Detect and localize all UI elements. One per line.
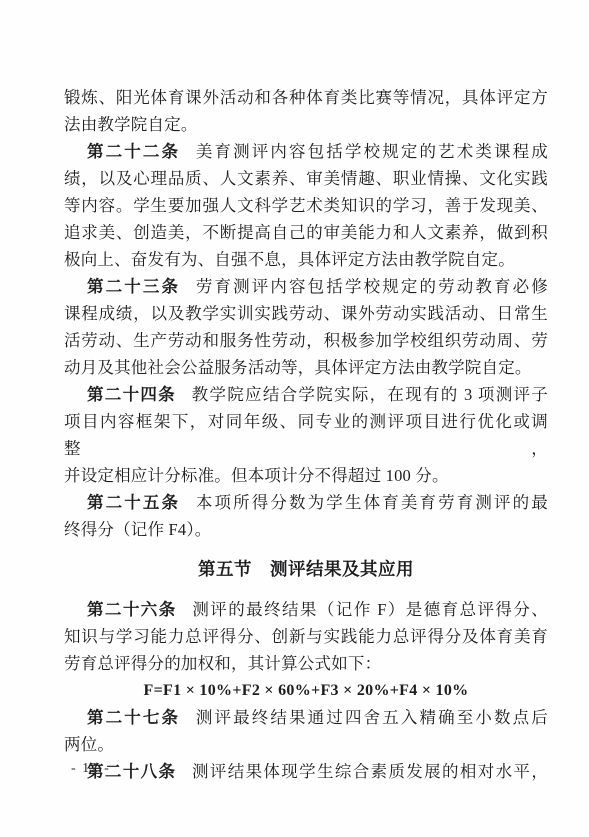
article-number: 第二十五条 [87,493,180,512]
text-line: 第二十四条教学院应结合学院实际，在现有的 3 项测评子 [64,381,548,408]
text-line: 两位。 [64,731,548,758]
text-line: 第二十二条美育测评内容包括学校规定的艺术类课程成 [64,138,548,165]
line-text: 测评结果体现学生综合素质发展的相对水平， [192,762,548,781]
line-text: 测评最终结果通过四舍五入精确至小数点后 [196,708,548,727]
page-number: - 12 - [71,759,110,779]
text-line: 并设定相应计分标准。但本项计分不得超过 100 分。 [64,462,548,489]
article-number: 第二十三条 [87,277,180,296]
text-line: 第二十五条本项所得分数为学生体育美育劳育测评的最 [64,489,548,516]
line-text: 劳育测评内容包括学校规定的劳动教育必修 [196,277,548,296]
text-line: 课程成绩，以及教学实训实践劳动、课外劳动实践活动、日常生 [64,300,548,327]
text-line: 活劳动、生产劳动和服务性劳动，积极参加学校组织劳动周、劳 [64,327,548,354]
line-text: 测评的最终结果（记作 F）是德育总评得分、 [192,600,548,619]
line-text: 美育测评内容包括学校规定的艺术类课程成 [196,142,548,161]
text-line: 项目内容框架下，对同年级、同专业的测评项目进行优化或调整， [64,408,548,462]
article-number: 第二十七条 [87,708,180,727]
document-body: 锻炼、阳光体育课外活动和各种体育类比赛等情况，具体评定方法由教学院自定。第二十二… [64,84,548,785]
text-line: 第二十六条测评的最终结果（记作 F）是德育总评得分、 [64,596,548,623]
text-line: 第二十三条劳育测评内容包括学校规定的劳动教育必修 [64,273,548,300]
text-line: 锻炼、阳光体育课外活动和各种体育类比赛等情况，具体评定方 [64,84,548,111]
section-heading: 第五节 测评结果及其应用 [64,556,548,583]
document-page: 锻炼、阳光体育课外活动和各种体育类比赛等情况，具体评定方法由教学院自定。第二十二… [0,0,589,837]
article-number: 第二十六条 [87,600,177,619]
text-line: 等内容。学生要加强人文科学艺术类知识的学习，善于发现美、 [64,192,548,219]
text-line: 第二十八条测评结果体现学生综合素质发展的相对水平， [64,758,548,785]
text-line: 动月及其他社会公益服务活动等，具体评定方法由教学院自定。 [64,354,548,381]
text-line: 追求美、创造美，不断提高自己的审美能力和人文素养，做到积 [64,219,548,246]
text-line: 知识与学习能力总评得分、创新与实践能力总评得分及体育美育 [64,623,548,650]
line-text: 本项所得分数为学生体育美育劳育测评的最 [196,493,548,512]
formula-line: F=F1 × 10%+F2 × 60%+F3 × 20%+F4 × 10% [64,677,548,704]
text-line: 终得分（记作 F4）。 [64,516,548,543]
text-line: 劳育总评得分的加权和，其计算公式如下： [64,650,548,677]
text-line: 法由教学院自定。 [64,111,548,138]
text-line: 绩，以及心理品质、人文素养、审美情趣、职业情操、文化实践 [64,165,548,192]
line-text: 教学院应结合学院实际，在现有的 3 项测评子 [192,385,548,404]
article-number: 第二十二条 [87,142,180,161]
text-line: 第二十七条测评最终结果通过四舍五入精确至小数点后 [64,704,548,731]
text-line: 极向上、奋发有为、自强不息，具体评定方法由教学院自定。 [64,246,548,273]
article-number: 第二十四条 [87,385,176,404]
